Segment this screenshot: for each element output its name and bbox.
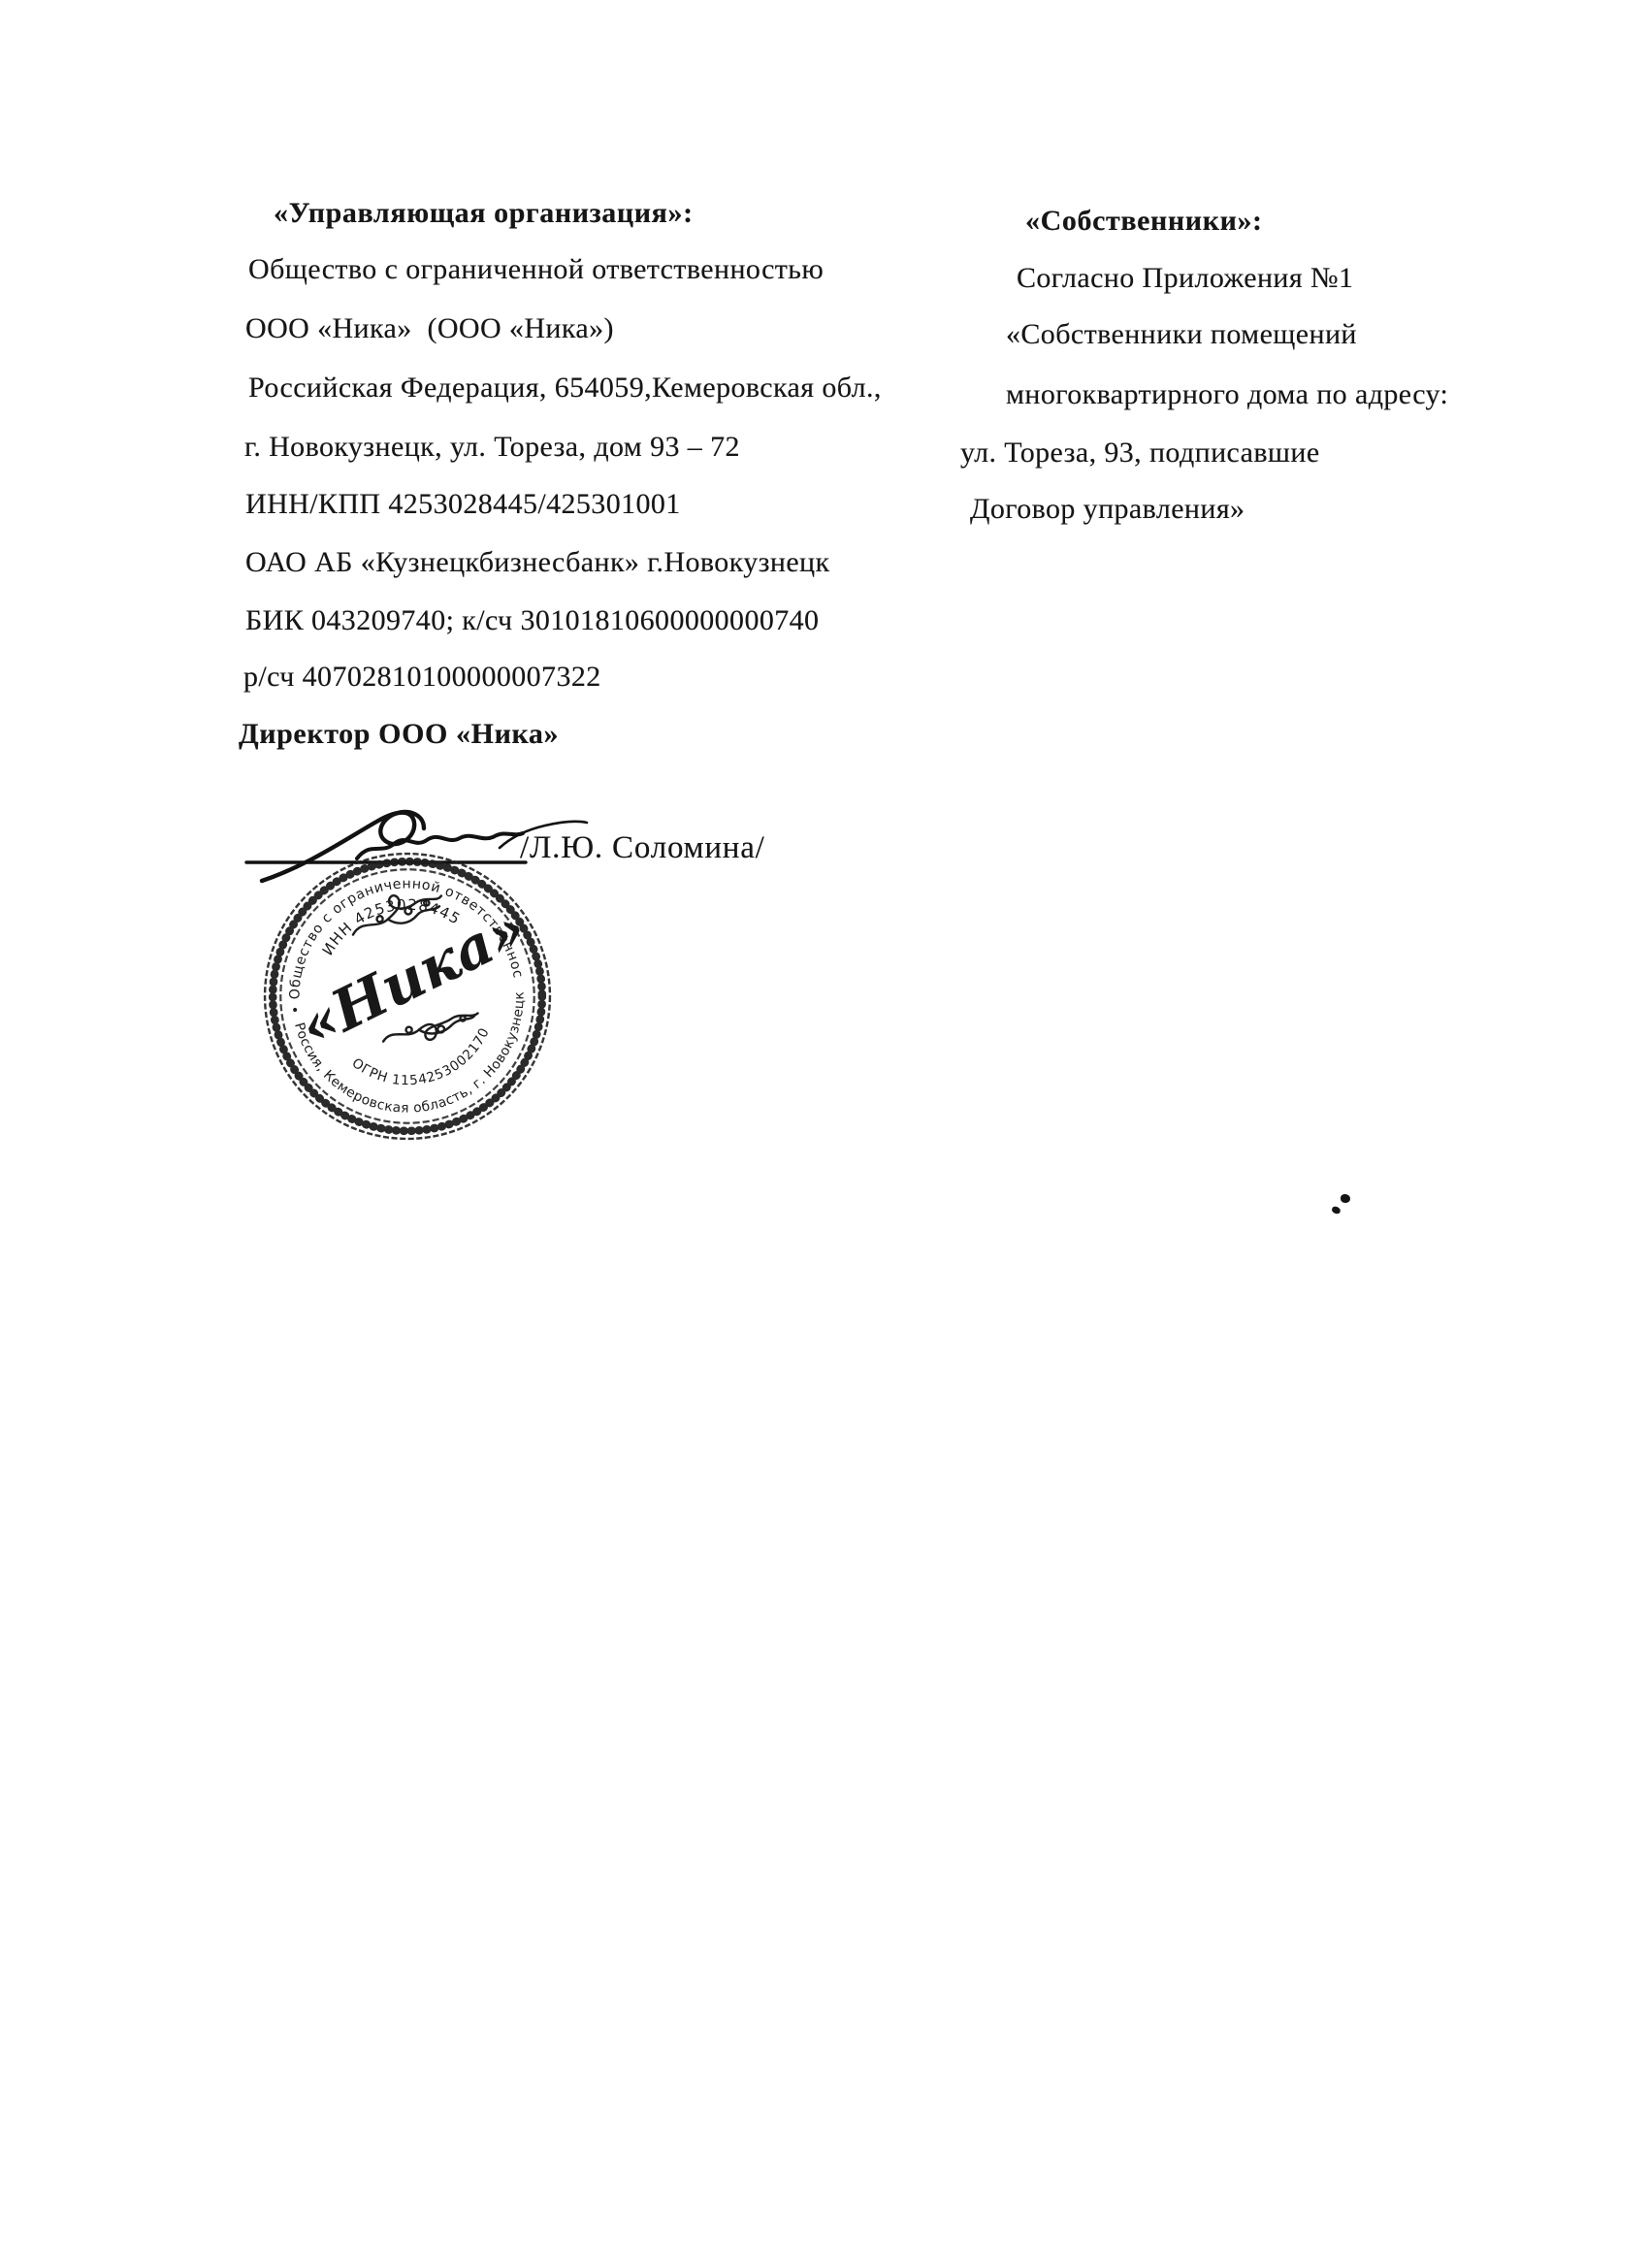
company-bik-corr-account-line: БИК 043209740; к/сч 30101810600000000740 bbox=[245, 604, 819, 636]
company-seal: • Общество с ограниченной ответственност… bbox=[260, 849, 555, 1144]
managing-organization-heading: «Управляющая организация»: bbox=[274, 197, 694, 229]
signatory-name-label: /Л.Ю. Соломина/ bbox=[520, 830, 765, 866]
director-title-line: Директор ООО «Ника» bbox=[239, 718, 559, 750]
owners-premises-line: «Собственники помещений bbox=[1006, 318, 1357, 350]
company-full-name-line: Общество с ограниченной ответственностью bbox=[248, 253, 824, 285]
company-region-line: Российская Федерация, 654059,Кемеровская… bbox=[248, 372, 882, 404]
ink-speck bbox=[1341, 1194, 1350, 1203]
owners-agreement-line: Договор управления» bbox=[970, 493, 1245, 525]
company-settlement-account-line: р/сч 40702810100000007322 bbox=[243, 661, 601, 693]
company-bank-line: ОАО АБ «Кузнецкбизнесбанк» г.Новокузнецк bbox=[245, 546, 829, 578]
company-short-name-line: ООО «Ника» (ООО «Ника») bbox=[245, 312, 614, 344]
scanned-contract-page: «Управляющая организация»: Общество с ог… bbox=[0, 0, 1649, 2268]
owners-building-line: многоквартирного дома по адресу: bbox=[1006, 378, 1448, 410]
company-inn-kpp-line: ИНН/КПП 4253028445/425301001 bbox=[245, 488, 681, 520]
ink-speck bbox=[1331, 1206, 1342, 1215]
owners-annex-line: Согласно Приложения №1 bbox=[1017, 262, 1353, 294]
owners-address-line: ул. Тореза, 93, подписавшие bbox=[960, 437, 1320, 469]
owners-heading: «Собственники»: bbox=[1025, 205, 1263, 237]
company-address-line: г. Новокузнецк, ул. Тореза, дом 93 – 72 bbox=[244, 431, 740, 463]
